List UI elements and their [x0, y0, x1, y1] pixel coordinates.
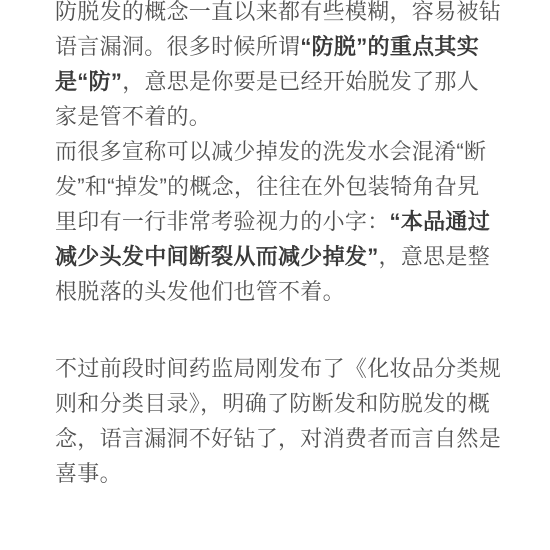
- text-segment: 则和分类目录》，明确了防断发和防脱发的概: [55, 391, 490, 416]
- text-segment: ，意思是整: [379, 244, 491, 269]
- text-line: 是“防”，意思是你要是已经开始脱发了那人: [55, 64, 525, 99]
- text-segment: 喜事。: [55, 461, 122, 486]
- text-segment: 语言漏洞。很多时候所谓: [55, 34, 300, 59]
- text-line: 根脱落的头发他们也管不着。: [55, 274, 525, 309]
- text-segment: 根脱落的头发他们也管不着。: [55, 279, 345, 304]
- bold-text-segment: 是“防”: [55, 69, 122, 94]
- bold-text-segment: “本品通过: [390, 209, 491, 234]
- paragraph: 而很多宣称可以减少掉发的洗发水会混淆“断发”和“掉发”的概念，往往在外包装犄角旮…: [55, 134, 525, 309]
- text-line: 减少头发中间断裂从而减少掉发”，意思是整: [55, 239, 525, 274]
- text-segment: 防脱发的概念一直以来都有些模糊，容易被钻: [55, 0, 501, 24]
- text-line: 则和分类目录》，明确了防断发和防脱发的概: [55, 386, 525, 421]
- text-line: 而很多宣称可以减少掉发的洗发水会混淆“断: [55, 134, 525, 169]
- text-segment: 而很多宣称可以减少掉发的洗发水会混淆“断: [55, 139, 486, 164]
- paragraph: 防脱发的概念一直以来都有些模糊，容易被钻语言漏洞。很多时候所谓“防脱”的重点其实…: [55, 0, 525, 134]
- text-segment: ，意思是你要是已经开始脱发了那人: [122, 69, 479, 94]
- text-line: 语言漏洞。很多时候所谓“防脱”的重点其实: [55, 29, 525, 64]
- text-line: 防脱发的概念一直以来都有些模糊，容易被钻: [55, 0, 525, 29]
- text-line: 里印有一行非常考验视力的小字：“本品通过: [55, 204, 525, 239]
- paragraph: 不过前段时间药监局刚发布了《化妆品分类规则和分类目录》，明确了防断发和防脱发的概…: [55, 351, 525, 491]
- text-segment: 念，语言漏洞不好钻了，对消费者而言自然是: [55, 426, 501, 451]
- bold-text-segment: 减少头发中间断裂从而减少掉发”: [55, 244, 379, 269]
- text-line: 发”和“掉发”的概念，往往在外包装犄角旮旯: [55, 169, 525, 204]
- text-segment: 发”和“掉发”的概念，往往在外包装犄角旮旯: [55, 174, 479, 199]
- text-line: 家是管不着的。: [55, 99, 525, 134]
- text-line: 不过前段时间药监局刚发布了《化妆品分类规: [55, 351, 525, 386]
- text-segment: 不过前段时间药监局刚发布了《化妆品分类规: [55, 356, 501, 381]
- text-segment: 里印有一行非常考验视力的小字：: [55, 209, 390, 234]
- bold-text-segment: “防脱”的重点其实: [300, 34, 479, 59]
- text-line: 喜事。: [55, 456, 525, 491]
- text-segment: 家是管不着的。: [55, 104, 211, 129]
- text-line: 念，语言漏洞不好钻了，对消费者而言自然是: [55, 421, 525, 456]
- article-body: 防脱发的概念一直以来都有些模糊，容易被钻语言漏洞。很多时候所谓“防脱”的重点其实…: [55, 0, 525, 491]
